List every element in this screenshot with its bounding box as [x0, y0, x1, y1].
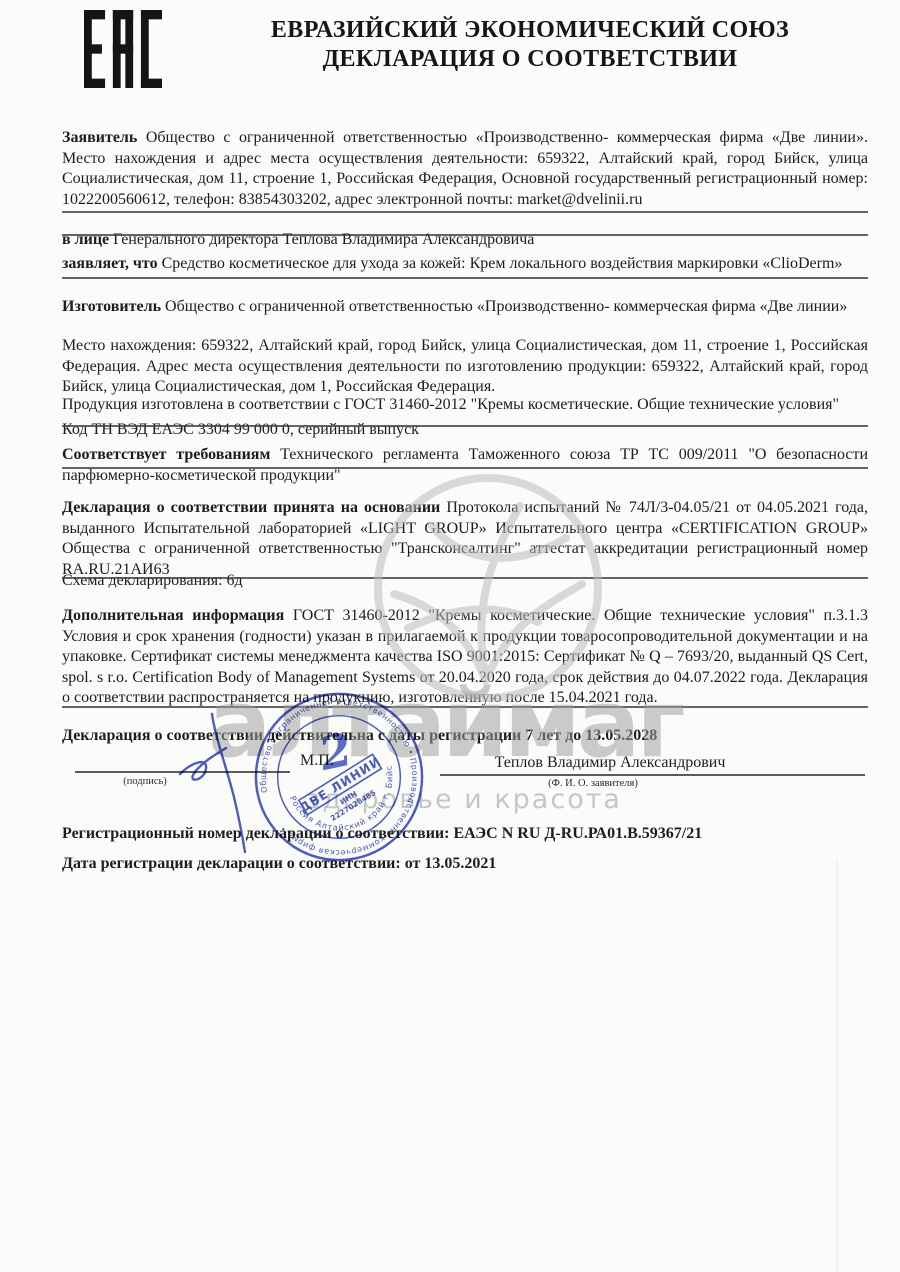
- registration-number-line: Регистрационный номер декларации о соотв…: [62, 824, 868, 845]
- title-line-2: ДЕКЛАРАЦИЯ О СООТВЕТСТВИИ: [180, 45, 880, 74]
- eac-logo: [84, 10, 162, 88]
- separator-line: [62, 467, 868, 469]
- manufacturer-address: Место нахождения: 659322, Алтайский край…: [62, 336, 868, 398]
- reg-number-value: ЕАЭС N RU Д-RU.РА01.В.59367/21: [453, 825, 702, 842]
- section-basis: Декларация о соответствии принята на осн…: [62, 498, 868, 580]
- separator-line: [62, 577, 868, 579]
- declaration-document: ЕВРАЗИЙСКИЙ ЭКОНОМИЧЕСКИЙ СОЮЗ ДЕКЛАРАЦИ…: [0, 0, 900, 1272]
- section-complies: Соответствует требованиям Технического р…: [62, 445, 868, 486]
- name-caption: (Ф. И. О. заявителя): [493, 778, 693, 789]
- additional-label: Дополнительная информация: [62, 607, 284, 624]
- applicant-name: Теплов Владимир Александрович: [460, 754, 760, 772]
- declares-label: заявляет, что: [62, 255, 158, 272]
- section-declares: заявляет, что Средство косметическое для…: [62, 254, 868, 275]
- section-manufacturer: Изготовитель Общество с ограниченной отв…: [62, 297, 868, 318]
- separator-line: [62, 425, 868, 427]
- manufacturer-label: Изготовитель: [62, 298, 161, 315]
- manufacturer-production: Продукция изготовлена в соответствии с Г…: [62, 395, 868, 416]
- separator-line: [62, 277, 868, 279]
- reg-number-label: Регистрационный номер декларации о соотв…: [62, 825, 449, 842]
- separator-line: [62, 211, 868, 213]
- complies-label: Соответствует требованиям: [62, 446, 270, 463]
- scan-crease: [836, 860, 838, 1272]
- manufacturer-code: Код ТН ВЭД ЕАЭС 3304 99 000 0, серийный …: [62, 420, 868, 441]
- basis-scheme: Схема декларирования: 6д: [62, 571, 868, 592]
- title-line-1: ЕВРАЗИЙСКИЙ ЭКОНОМИЧЕСКИЙ СОЮЗ: [180, 16, 880, 45]
- declares-text: Средство косметическое для ухода за коже…: [162, 255, 843, 272]
- section-additional: Дополнительная информация ГОСТ 31460-201…: [62, 606, 868, 709]
- registration-date-line: Дата регистрации декларации о соответств…: [62, 854, 868, 875]
- reg-date-label: Дата регистрации декларации о соответств…: [62, 855, 401, 872]
- applicant-label: Заявитель: [62, 129, 137, 146]
- separator-line: [62, 234, 868, 236]
- document-title: ЕВРАЗИЙСКИЙ ЭКОНОМИЧЕСКИЙ СОЮЗ ДЕКЛАРАЦИ…: [180, 16, 880, 74]
- basis-label: Декларация о соответствии принята на осн…: [62, 499, 440, 516]
- reg-date-value: от 13.05.2021: [405, 855, 497, 872]
- applicant-text: Общество с ограниченной ответственностью…: [62, 129, 868, 208]
- name-line: [440, 774, 865, 776]
- section-applicant: Заявитель Общество с ограниченной ответс…: [62, 128, 868, 210]
- manufacturer-text: Общество с ограниченной ответственностью…: [165, 298, 847, 315]
